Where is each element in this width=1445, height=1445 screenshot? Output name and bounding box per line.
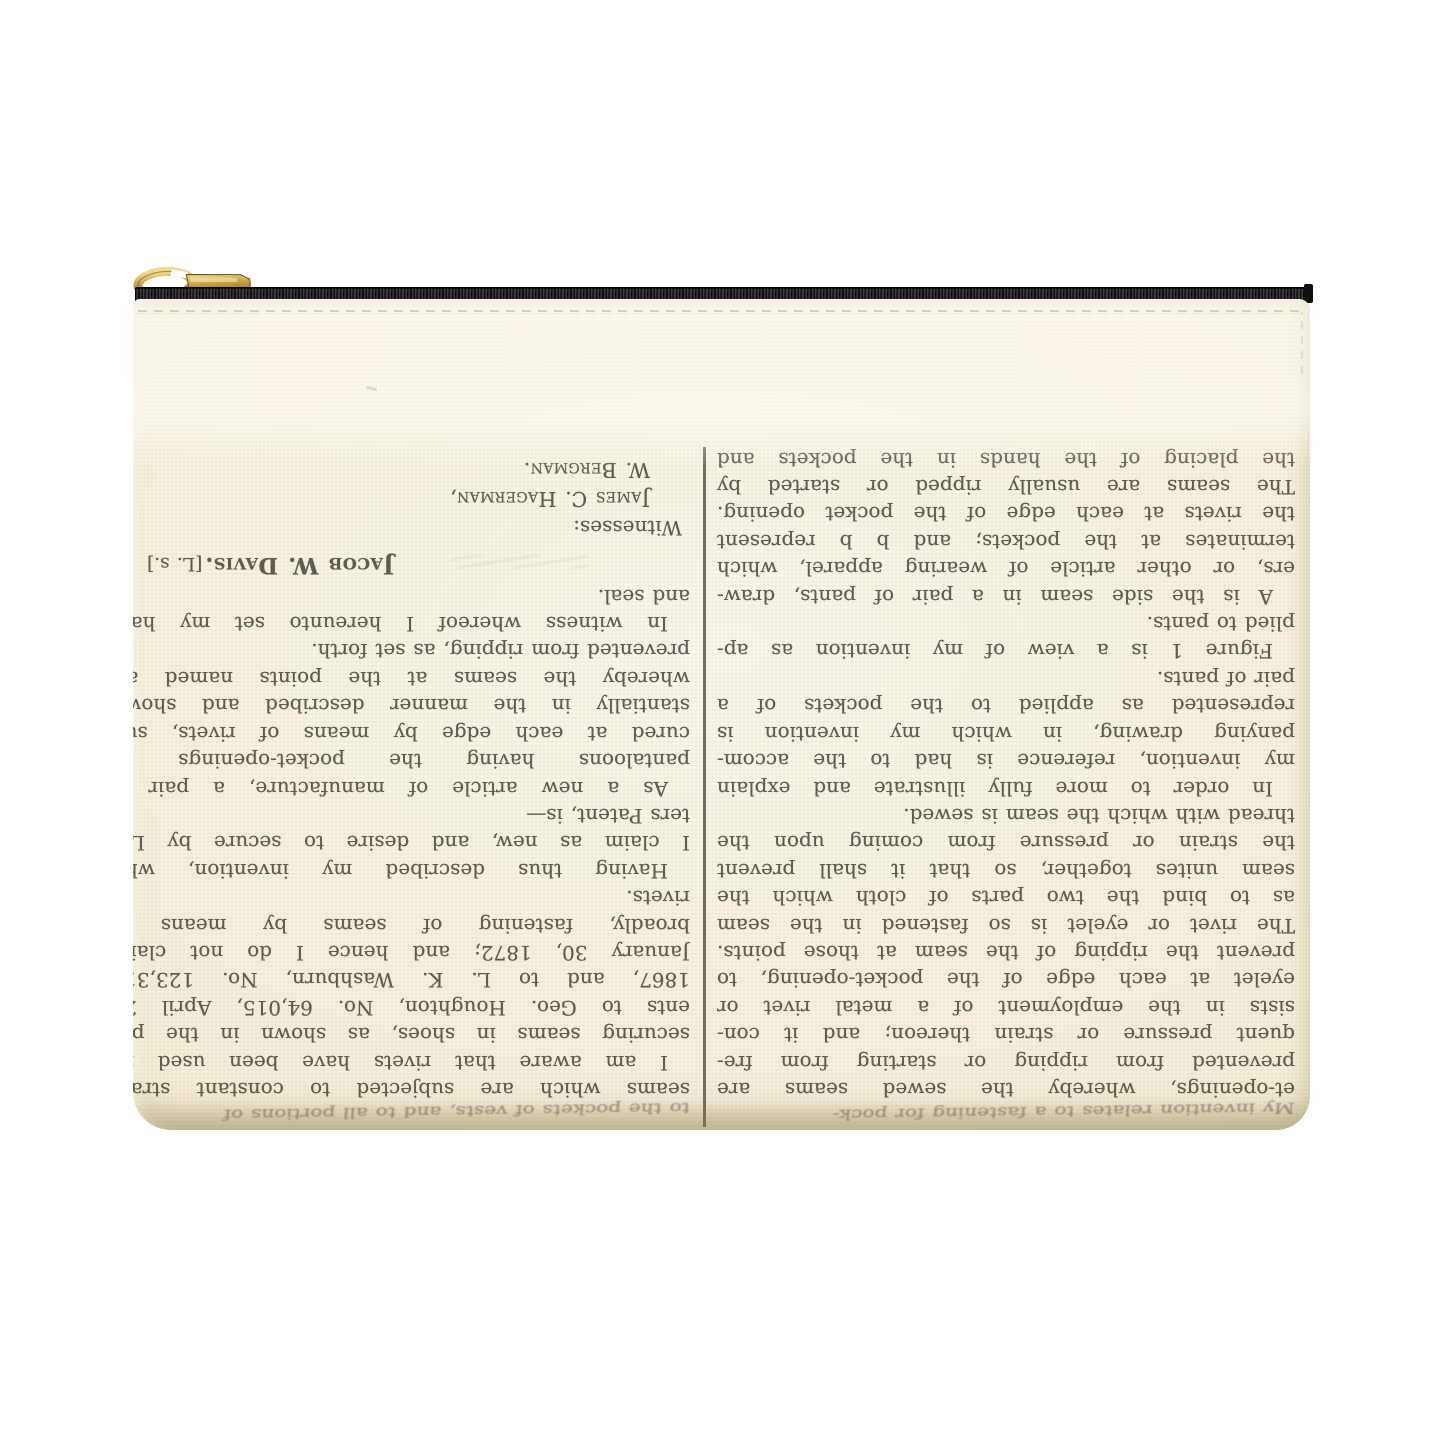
print-line: sists in the employment of a metal rivet… bbox=[717, 993, 1295, 1020]
print-line: I am aware that rivets have been used fo… bbox=[133, 1048, 690, 1075]
print-line: prevent the ripping of the seam at those… bbox=[717, 939, 1295, 966]
print-line: rivets. bbox=[133, 884, 690, 911]
print-line: stantially in the manner described and s… bbox=[133, 692, 690, 719]
ink-speck bbox=[366, 386, 377, 392]
print-line: Figure 1 is a view of my invention as ap… bbox=[717, 637, 1295, 664]
print-line: and seal. bbox=[133, 582, 690, 609]
print-line: ters Patent, is— bbox=[133, 802, 690, 829]
print-line: securing seams in shoes, as shown in the… bbox=[133, 1021, 690, 1048]
print-line: represented as applied to the pockets of… bbox=[717, 692, 1295, 719]
accessory-pouch: My invention relates to a fastening for … bbox=[133, 246, 1312, 1130]
patent-column-left: My invention relates to a fastening for … bbox=[717, 445, 1295, 1129]
print-line: I claim as new, and desire to secure by … bbox=[133, 829, 690, 856]
print-line: terminates at the pockets; and b b repre… bbox=[717, 527, 1295, 554]
stitch-line bbox=[138, 310, 1305, 312]
patent-column-right-lines: seams which are subjected to constant st… bbox=[133, 582, 690, 1103]
print-line: As a new article of manufacture, a pair … bbox=[133, 774, 690, 801]
print-line: 1867, and to L. K. Washburn, No. 123,313… bbox=[133, 966, 690, 993]
print-line: cured at each edge by means of rivets, s… bbox=[133, 719, 690, 746]
print-line: the rivets at each edge of the pocket op… bbox=[717, 500, 1295, 527]
pouch-fabric-front: My invention relates to a fastening for … bbox=[133, 299, 1310, 1130]
witness-name: W. Bergman. bbox=[133, 454, 690, 484]
print-line: The rivet or eyelet is so fastened in th… bbox=[717, 911, 1295, 938]
column-rule bbox=[703, 447, 706, 1127]
patent-print-upside-down: My invention relates to a fastening for … bbox=[133, 445, 1310, 1129]
print-line: ers, or other article of wearing apparel… bbox=[717, 555, 1295, 582]
witness-name: James C. Hagerman, bbox=[133, 484, 690, 514]
print-line: seam unites together, so that it shall p… bbox=[717, 856, 1295, 883]
print-line: as to bind the two parts of cloth which … bbox=[717, 884, 1295, 911]
print-line: pantaloons having the pocket-openings se… bbox=[133, 747, 690, 774]
print-line: A is the side seam in a pair of pants, d… bbox=[717, 582, 1295, 609]
print-line: et-openings, whereby the sewed seams are bbox=[717, 1076, 1295, 1103]
signature-line: Jacob W. Davis. [L. s.] bbox=[133, 550, 690, 578]
print-line: eyelet at each edge of the pocket-openin… bbox=[717, 966, 1295, 993]
print-line: In order to more fully illustrate and ex… bbox=[717, 774, 1295, 801]
witnesses-label: Witnesses: bbox=[133, 513, 690, 540]
patent-column-left-lines: et-openings, whereby the sewed seams are… bbox=[717, 445, 1295, 1103]
signature-name: Jacob W. Davis. bbox=[205, 551, 394, 578]
print-line: January 30, 1872; and hence I do not cla… bbox=[133, 939, 690, 966]
print-line: pair of pants. bbox=[717, 665, 1295, 692]
print-line: Having thus described my invention, what bbox=[133, 856, 690, 883]
print-line: thread with which the seam is sewed. bbox=[717, 802, 1295, 829]
print-line: broadly, fastening of seams by means of bbox=[133, 911, 690, 938]
product-photo: My invention relates to a fastening for … bbox=[0, 0, 1445, 1445]
print-line: In witness whereof I hereunto set my han… bbox=[133, 610, 690, 637]
print-line: my invention, reference is had to the ac… bbox=[717, 747, 1295, 774]
print-line: plied to pants. bbox=[717, 610, 1295, 637]
print-line: The seams are usually ripped or started … bbox=[717, 473, 1295, 500]
print-line: whereby the seams at the points named ar… bbox=[133, 665, 690, 692]
print-line: the strain or pressure from coming upon … bbox=[717, 829, 1295, 856]
stitch-line-shadow bbox=[138, 313, 1305, 314]
patent-column-right: to the pockets of vests, and to all port… bbox=[133, 454, 690, 1129]
seal-mark: [L. s.] bbox=[147, 550, 202, 577]
print-line: quent pressure or strain thereon; and it… bbox=[717, 1021, 1295, 1048]
print-line: prevented from ripping or starting from … bbox=[717, 1048, 1295, 1075]
print-line: prevented from ripping, as set forth. bbox=[133, 637, 690, 664]
print-line: panying drawing, in which my invention i… bbox=[717, 719, 1295, 746]
print-line: ents to Geo. Houghton, No. 64,015, April… bbox=[133, 993, 690, 1020]
print-line: the placing of the hands in the pockets … bbox=[717, 445, 1295, 472]
stitch-line-right-corner bbox=[1301, 312, 1303, 374]
